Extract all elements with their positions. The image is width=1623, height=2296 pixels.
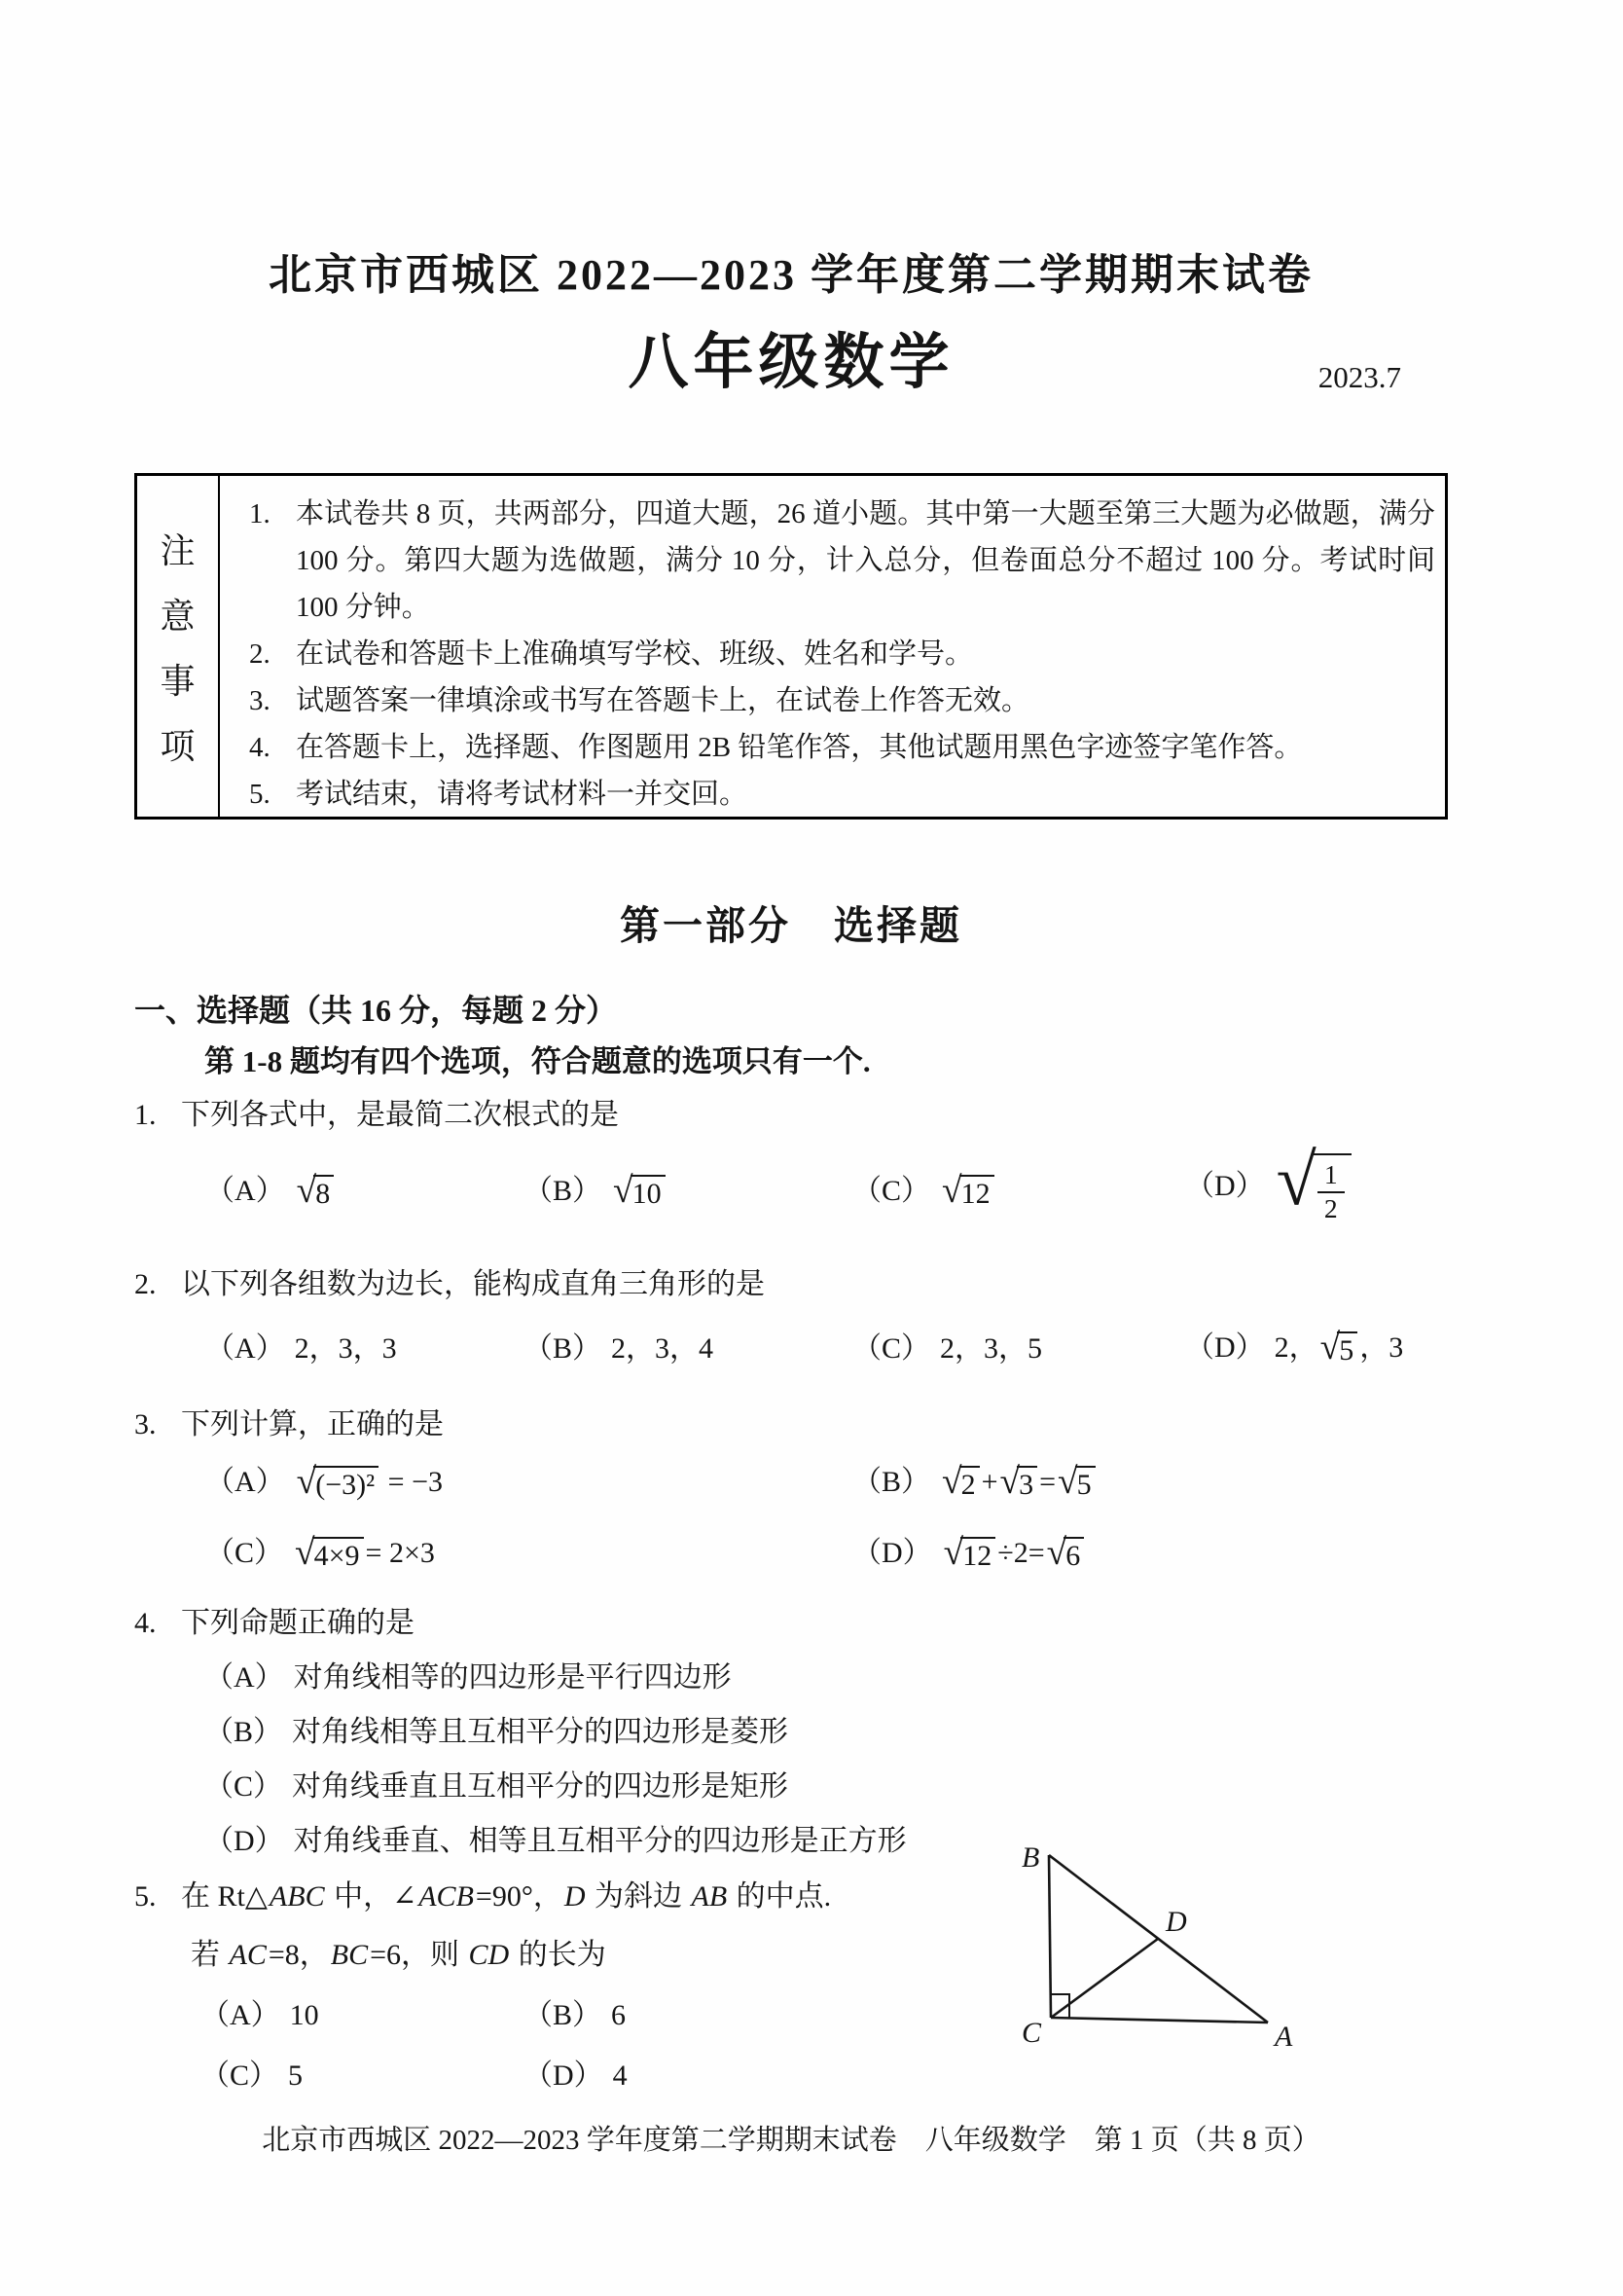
- notice-body: 1. 本试卷共 8 页，共两部分，四道大题，26 道小题。其中第一大题至第三大题…: [220, 476, 1445, 817]
- sqrt-radical: √6: [1047, 1537, 1085, 1574]
- notice-label-char: 注: [160, 524, 195, 573]
- notice-label-char: 事: [160, 654, 195, 704]
- sqrt-radical: √(−3)²: [297, 1466, 379, 1503]
- exam-title: 北京市西城区 2022—2023 学年度第二学期期末试卷: [134, 248, 1448, 303]
- question-3-options: （A）√(−3)² = −3 （B）√2+√3=√5 （C）√4×9= 2×3 …: [134, 1457, 1448, 1574]
- side-bc: [1049, 1855, 1051, 2018]
- exam-date: 2023.7: [1318, 360, 1401, 395]
- notice-label-column: 注 意 事 项: [137, 476, 220, 817]
- sqrt-fraction-radical: √12: [1277, 1153, 1352, 1224]
- question-text: 下列命题正确的是: [181, 1607, 415, 1639]
- side-ba: [1049, 1855, 1268, 2023]
- option-c: （C）√12: [852, 1166, 1185, 1212]
- vertex-label-c: C: [1022, 2017, 1042, 2049]
- sqrt-radical: √2: [942, 1466, 980, 1503]
- option-a: （A）√(−3)² = −3: [205, 1457, 852, 1503]
- option-b: （B）√10: [523, 1166, 852, 1212]
- question-2-options: （A）2，3，3 （B）2，3，4 （C）2，3，5 （D）2，√5，3: [134, 1323, 1448, 1367]
- option-b: （B）2，3，4: [523, 1324, 852, 1367]
- vertex-label-b: B: [1022, 1841, 1039, 1874]
- notice-box: 注 意 事 项 1. 本试卷共 8 页，共两部分，四道大题，26 道小题。其中第…: [134, 473, 1448, 820]
- page-content: 北京市西城区 2022—2023 学年度第二学期期末试卷 八年级数学 2023.…: [134, 0, 1448, 2094]
- question-text: 下列各式中，是最简二次根式的是: [181, 1099, 619, 1131]
- option-c: （C）5: [200, 2051, 523, 2094]
- page-footer: 北京市西城区 2022—2023 学年度第二学期期末试卷 八年级数学 第 1 页…: [134, 2118, 1448, 2158]
- sqrt-radical: √5: [1320, 1331, 1358, 1368]
- triangle-figure: B C A D: [992, 1803, 1323, 2056]
- notice-label-char: 意: [160, 589, 195, 638]
- sqrt-radical: √10: [613, 1175, 666, 1212]
- vertex-label-d: D: [1165, 1906, 1187, 1938]
- option-d: （D）√12: [1185, 1153, 1448, 1224]
- question-number: 4.: [134, 1603, 181, 1644]
- notice-item-text: 考试结束，请将考试材料一并交回。: [296, 771, 1435, 818]
- question-number: 5.: [134, 1876, 181, 1918]
- option-d: （D）2，√5，3: [1185, 1323, 1448, 1368]
- section-intro: 第 1-8 题均有四个选项，符合题意的选项只有一个.: [134, 1042, 1448, 1081]
- notice-item-text: 在试卷和答题卡上准确填写学校、班级、姓名和学号。: [296, 631, 1435, 677]
- sqrt-radical: √3: [1000, 1466, 1038, 1503]
- sqrt-radical: √5: [1058, 1466, 1096, 1503]
- side-ca: [1051, 2018, 1268, 2023]
- option-d: （D）4: [523, 2051, 1448, 2094]
- sqrt-radical: √12: [942, 1175, 994, 1212]
- option-d: （D）√12÷2=√6: [852, 1528, 1448, 1574]
- option-c: （C）2，3，5: [852, 1324, 1185, 1367]
- notice-item: 4. 在答题卡上，选择题、作图题用 2B 铅笔作答，其他试题用黑色字迹签字笔作答…: [249, 724, 1435, 771]
- section-title: 一、选择题（共 16 分，每题 2 分）: [134, 990, 1448, 1031]
- sqrt-radical: √12: [944, 1537, 996, 1574]
- exam-page: 北京市西城区 2022—2023 学年度第二学期期末试卷 八年级数学 2023.…: [0, 0, 1623, 2296]
- notice-item: 2. 在试卷和答题卡上准确填写学校、班级、姓名和学号。: [249, 631, 1435, 677]
- option-a: （A）√8: [205, 1166, 523, 1212]
- question-3-stem: 3.下列计算，正确的是: [134, 1404, 1448, 1445]
- notice-item-number: 1.: [249, 491, 296, 631]
- notice-item-number: 3.: [249, 677, 296, 724]
- subject-row: 八年级数学 2023.7: [134, 322, 1448, 405]
- question-text: 下列计算，正确的是: [181, 1408, 444, 1440]
- notice-item-number: 4.: [249, 724, 296, 771]
- question-number: 1.: [134, 1095, 181, 1136]
- question-1-options: （A）√8 （B）√10 （C）√12 （D）√12: [134, 1140, 1448, 1237]
- median-cd: [1051, 1939, 1158, 2018]
- question-number: 2.: [134, 1264, 181, 1305]
- sqrt-radical: √8: [297, 1175, 335, 1212]
- option-b: （B）√2+√3=√5: [852, 1457, 1448, 1503]
- notice-item-text: 在答题卡上，选择题、作图题用 2B 铅笔作答，其他试题用黑色字迹签字笔作答。: [296, 724, 1435, 771]
- vertex-label-a: A: [1273, 2021, 1293, 2053]
- question-4-stem: 4.下列命题正确的是: [134, 1603, 1448, 1644]
- notice-item-text: 试题答案一律填涂或书写在答题卡上，在试卷上作答无效。: [296, 677, 1435, 724]
- question-4-option-a: （A）对角线相等的四边形是平行四边形: [134, 1658, 1448, 1698]
- question-1-stem: 1.下列各式中，是最简二次根式的是: [134, 1095, 1448, 1136]
- notice-item-number: 5.: [249, 771, 296, 818]
- option-c: （C）√4×9= 2×3: [205, 1528, 852, 1574]
- question-4-option-c: （C）对角线垂直且互相平分的四边形是矩形: [134, 1767, 1448, 1807]
- option-a: （A）10: [200, 1990, 523, 2033]
- question-4-option-b: （B）对角线相等且互相平分的四边形是菱形: [134, 1712, 1448, 1753]
- question-number: 3.: [134, 1404, 181, 1445]
- notice-item-number: 2.: [249, 631, 296, 677]
- question-text: 以下列各组数为边长，能构成直角三角形的是: [181, 1268, 765, 1300]
- notice-label-char: 项: [160, 719, 195, 769]
- notice-item: 3. 试题答案一律填涂或书写在答题卡上，在试卷上作答无效。: [249, 677, 1435, 724]
- notice-item: 1. 本试卷共 8 页，共两部分，四道大题，26 道小题。其中第一大题至第三大题…: [249, 491, 1435, 631]
- option-a: （A）2，3，3: [205, 1324, 523, 1367]
- question-2-stem: 2.以下列各组数为边长，能构成直角三角形的是: [134, 1264, 1448, 1305]
- part-one-heading: 第一部分 选择题: [134, 893, 1448, 951]
- notice-item: 5. 考试结束，请将考试材料一并交回。: [249, 771, 1435, 818]
- subject-title: 八年级数学: [628, 330, 954, 396]
- sqrt-radical: √4×9: [295, 1537, 364, 1574]
- notice-item-text: 本试卷共 8 页，共两部分，四道大题，26 道小题。其中第一大题至第三大题为必做…: [296, 491, 1435, 631]
